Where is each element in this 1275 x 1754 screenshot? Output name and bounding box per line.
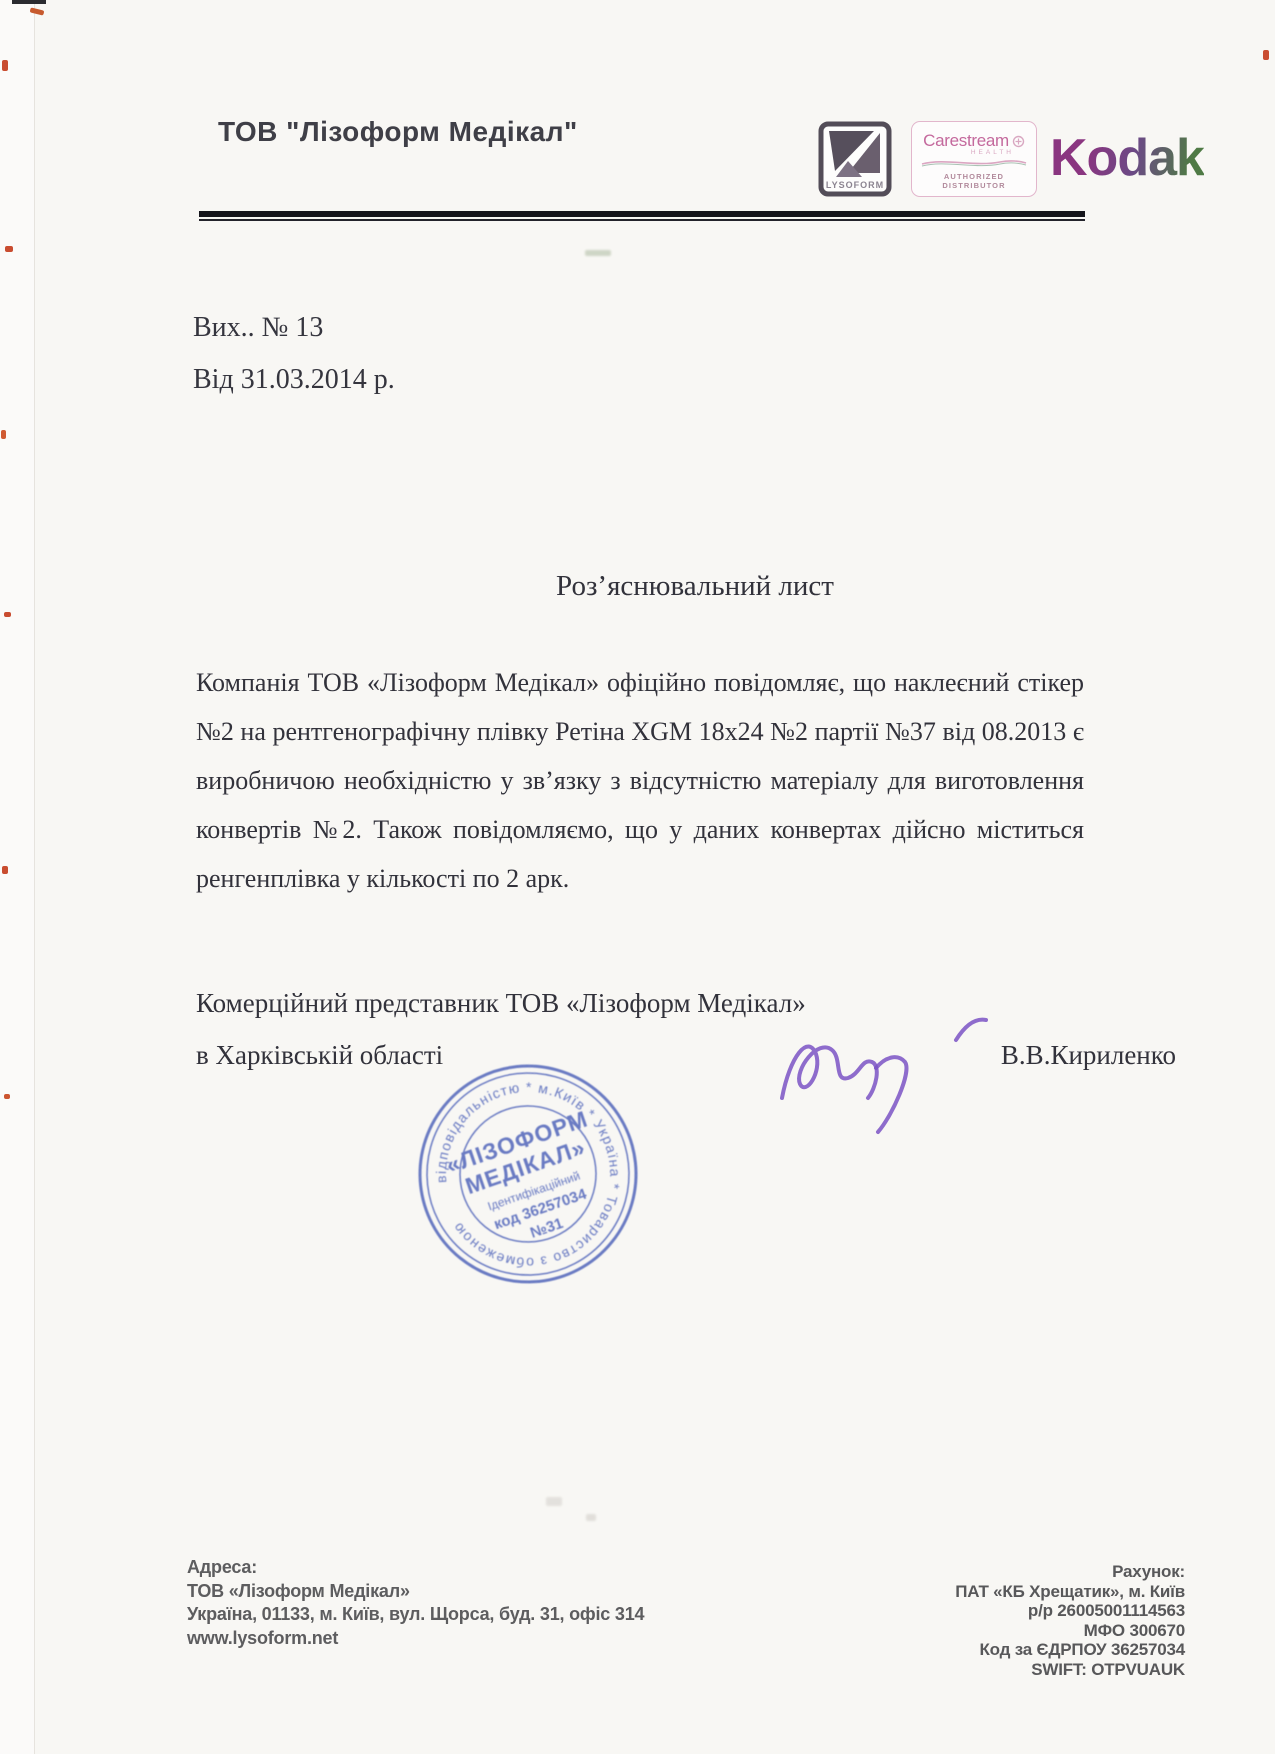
footer-address: Україна, 01133, м. Київ, вул. Щорса, буд… — [187, 1603, 644, 1627]
scan-artifact — [546, 1497, 562, 1506]
body-line: ренгенплівка у кількості по 2 арк. — [196, 864, 1084, 913]
company-round-stamp: відповідальністю * м.Київ * Україна * То… — [387, 1033, 668, 1314]
address-label: Адреса: — [187, 1556, 644, 1580]
scan-artifact — [586, 1514, 596, 1521]
letter-date: Від 31.03.2014 р. — [193, 364, 395, 396]
header-divider — [199, 211, 1085, 221]
carestream-health-icon — [1012, 135, 1025, 148]
svg-text:LYSOFORM: LYSOFORM — [826, 180, 884, 190]
company-title: ТОВ "Лізоформ Медікал" — [218, 116, 578, 148]
scan-artifact — [12, 0, 46, 4]
kodak-logo: Kodak — [1050, 128, 1204, 188]
scan-artifact — [5, 246, 13, 252]
signer-role-line1: Комерційний представник ТОВ «Лізоформ Ме… — [196, 988, 806, 1019]
body-line: №2 на рентгенографічну плівку Ретіна XGM… — [196, 717, 1084, 766]
carestream-wave-icon — [920, 158, 1028, 168]
footer-mfo: МФО 300670 — [955, 1621, 1185, 1641]
lysoform-logo-icon: LYSOFORM — [818, 121, 892, 197]
body-line: конвертів №2. Також повідомляємо, що у д… — [196, 815, 1084, 864]
footer-company: ТОВ «Лізоформ Медікал» — [187, 1580, 644, 1604]
letter-body: Компанія ТОВ «Лізоформ Медікал» офіційно… — [196, 668, 1084, 913]
footer-bank: ПАТ «КБ Хрещатик», м. Київ — [955, 1582, 1185, 1602]
footer-account: р/р 26005001114563 — [955, 1601, 1185, 1621]
carestream-logo: Carestream HEALTH AUTHORIZED DISTRIBUTOR — [911, 121, 1037, 197]
footer-edrpou: Код за ЄДРПОУ 36257034 — [955, 1640, 1185, 1660]
footer-swift: SWIFT: OTPVUAUK — [955, 1660, 1185, 1680]
carestream-name: Carestream — [923, 131, 1009, 151]
scan-artifact — [2, 866, 8, 874]
scan-artifact — [4, 612, 11, 617]
outgoing-number: Вих.. № 13 — [193, 312, 323, 344]
scan-artifact — [4, 1094, 10, 1099]
account-label: Рахунок: — [955, 1562, 1185, 1582]
footer-address-block: Адреса: ТОВ «Лізоформ Медікал» Україна, … — [187, 1556, 644, 1650]
handwritten-signature — [760, 998, 1040, 1143]
letter-title: Роз’яснювальний лист — [250, 570, 1140, 603]
footer-bank-block: Рахунок: ПАТ «КБ Хрещатик», м. Київ р/р … — [955, 1562, 1185, 1679]
body-line: Компанія ТОВ «Лізоформ Медікал» офіційно… — [196, 668, 1084, 717]
scan-artifact — [2, 60, 8, 71]
footer-website: www.lysoform.net — [187, 1627, 644, 1651]
scanned-letter-page: ТОВ "Лізоформ Медікал" LYSOFORM Carestre… — [0, 0, 1275, 1754]
carestream-badge: AUTHORIZED DISTRIBUTOR — [912, 172, 1036, 190]
scan-artifact — [585, 250, 611, 256]
scan-edge-strip — [0, 0, 35, 1754]
scan-artifact — [1, 430, 6, 439]
scan-artifact — [1263, 50, 1269, 60]
body-line: виробничою необхідністю у зв’язку з відс… — [196, 766, 1084, 815]
